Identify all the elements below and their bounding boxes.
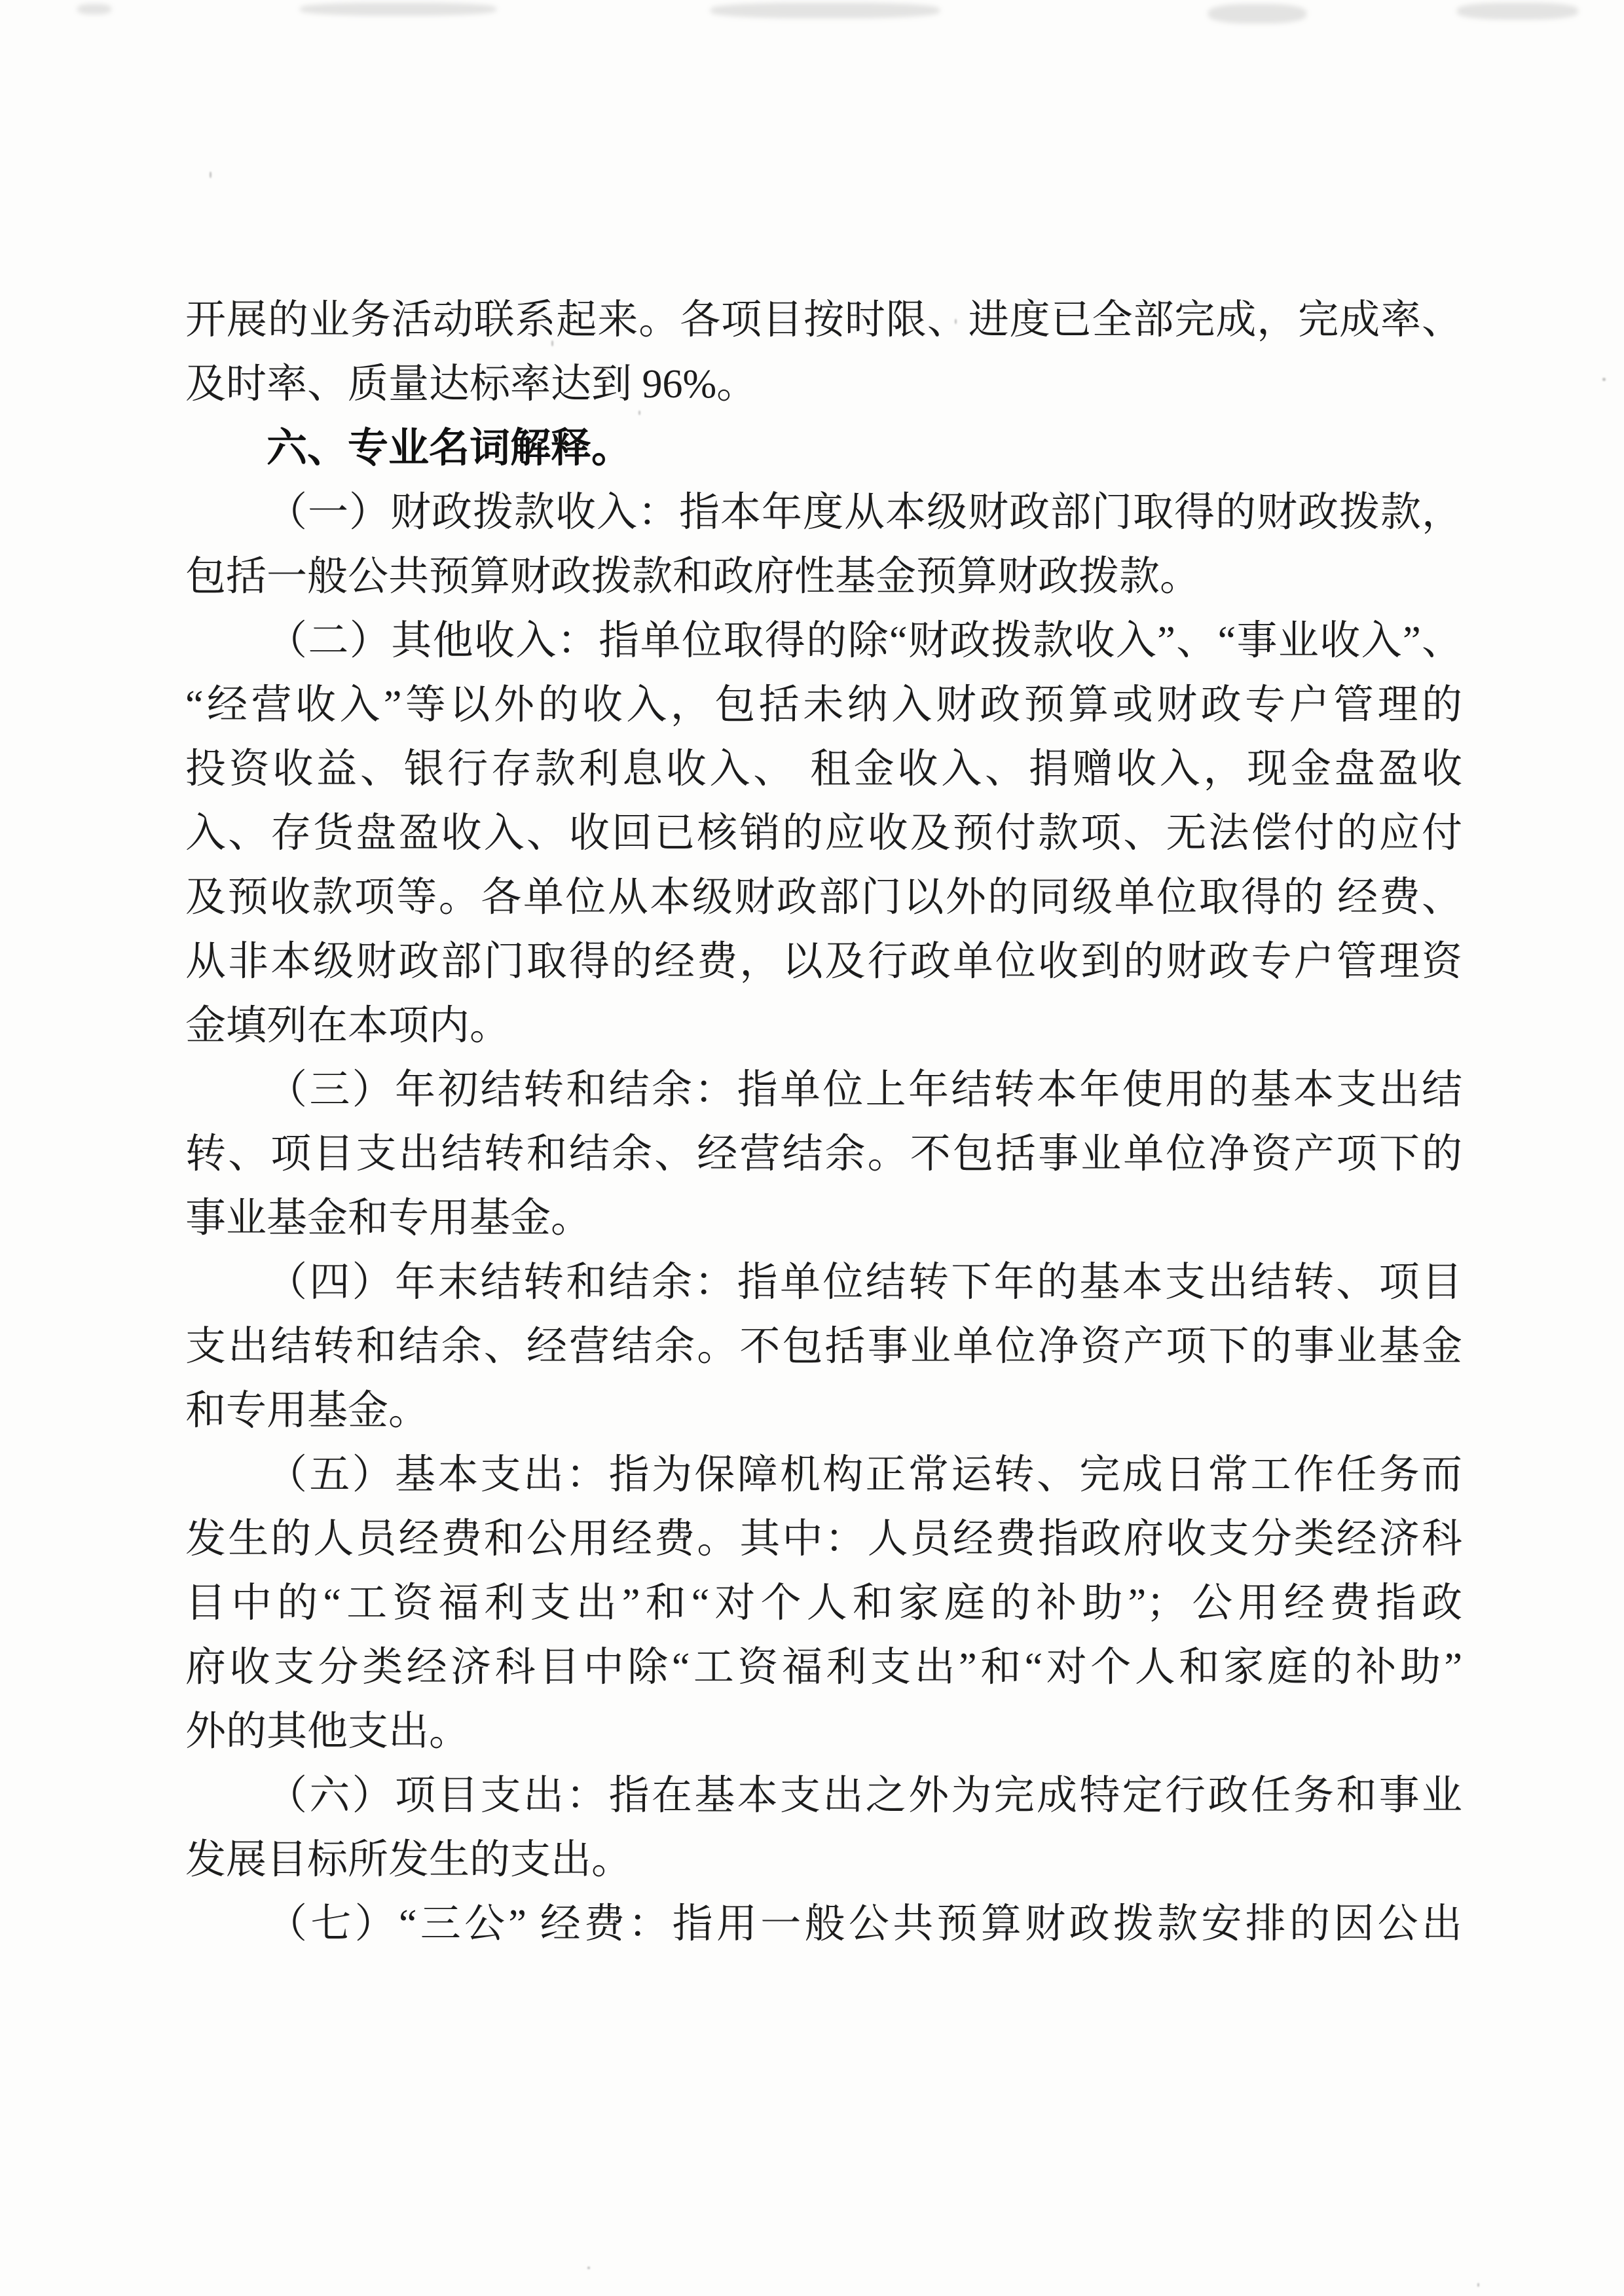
paragraph: （四）年末结转和结余：指单位结转下年的基本支出结转、项目支出结转和结余、经营结余… <box>185 1250 1462 1443</box>
text-line: 及预收款项等。各单位从本级财政部门以外的同级单位取得的 经费、 <box>185 866 1462 930</box>
paragraph: 六、专业名词解释。 <box>185 416 1462 481</box>
text-line: （五）基本支出：指为保障机构正常运转、完成日常工作任务而 <box>185 1443 1462 1507</box>
text-line: 发生的人员经费和公用经费。其中：人员经费指政府收支分类经济科 <box>185 1507 1462 1571</box>
text-line: 府收支分类经济科目中除“工资福利支出”和“对个人和家庭的补助” <box>185 1635 1462 1700</box>
text-line: 包括一般公共预算财政拨款和政府性基金预算财政拨款。 <box>185 545 1462 609</box>
text-line: （七）“三公” 经费：指用一般公共预算财政拨款安排的因公出 <box>185 1892 1462 1956</box>
text-line: （六）项目支出：指在基本支出之外为完成特定行政任务和事业 <box>185 1764 1462 1828</box>
text-line: （三）年初结转和结余：指单位上年结转本年使用的基本支出结 <box>185 1058 1462 1122</box>
scan-speck <box>1477 2283 1479 2287</box>
text-line: 投资收益、银行存款利息收入、 租金收入、捐赠收入，现金盘盈收 <box>185 737 1462 801</box>
text-line: 转、项目支出结转和结余、经营结余。不包括事业单位净资产项下的 <box>185 1122 1462 1186</box>
text-line: 开展的业务活动联系起来。各项目按时限、进度已全部完成，完成率、 <box>185 288 1462 352</box>
document-page: 开展的业务活动联系起来。各项目按时限、进度已全部完成，完成率、及时率、质量达标率… <box>0 0 1624 2296</box>
text-line: （四）年末结转和结余：指单位结转下年的基本支出结转、项目 <box>185 1250 1462 1315</box>
paragraph: （六）项目支出：指在基本支出之外为完成特定行政任务和事业发展目标所发生的支出。 <box>185 1764 1462 1892</box>
paragraph: （五）基本支出：指为保障机构正常运转、完成日常工作任务而发生的人员经费和公用经费… <box>185 1443 1462 1764</box>
text-line: 和专用基金。 <box>185 1379 1462 1443</box>
text-line: （一）财政拨款收入：指本年度从本级财政部门取得的财政拨款， <box>185 481 1462 545</box>
paragraph: （一）财政拨款收入：指本年度从本级财政部门取得的财政拨款，包括一般公共预算财政拨… <box>185 481 1462 609</box>
text-line: 目中的“工资福利支出”和“对个人和家庭的补助”；公用经费指政 <box>185 1571 1462 1635</box>
text-line: 及时率、质量达标率达到 96%。 <box>185 352 1462 416</box>
scan-speck <box>587 2267 590 2269</box>
scan-smudge <box>710 3 940 18</box>
scan-smudge <box>1208 4 1306 24</box>
text-line: （二）其他收入：指单位取得的除“财政拨款收入”、“事业收入”、 <box>185 609 1462 673</box>
text-line: 金填列在本项内。 <box>185 994 1462 1058</box>
text-line: 事业基金和专用基金。 <box>185 1186 1462 1250</box>
scan-speck <box>1602 378 1606 381</box>
paragraph: （二）其他收入：指单位取得的除“财政拨款收入”、“事业收入”、“经营收入”等以外… <box>185 609 1462 1058</box>
scan-smudge <box>77 4 111 14</box>
text-line: 支出结转和结余、经营结余。不包括事业单位净资产项下的事业基金 <box>185 1315 1462 1379</box>
paragraph: （三）年初结转和结余：指单位上年结转本年使用的基本支出结转、项目支出结转和结余、… <box>185 1058 1462 1250</box>
paragraph: 开展的业务活动联系起来。各项目按时限、进度已全部完成，完成率、及时率、质量达标率… <box>185 288 1462 416</box>
text-line: 从非本级财政部门取得的经费，以及行政单位收到的财政专户管理资 <box>185 930 1462 994</box>
scan-smudge <box>1457 3 1578 20</box>
text-line: “经营收入”等以外的收入，包括未纳入财政预算或财政专户管理的 <box>185 673 1462 737</box>
document-content: 开展的业务活动联系起来。各项目按时限、进度已全部完成，完成率、及时率、质量达标率… <box>185 288 1462 1956</box>
scan-smudge <box>300 3 496 16</box>
text-line: 发展目标所发生的支出。 <box>185 1828 1462 1892</box>
paragraph: （七）“三公” 经费：指用一般公共预算财政拨款安排的因公出 <box>185 1892 1462 1956</box>
text-line: 入、存货盘盈收入、收回已核销的应收及预付款项、无法偿付的应付 <box>185 801 1462 866</box>
section-heading-line: 六、专业名词解释。 <box>185 416 1462 481</box>
scan-speck <box>210 172 212 178</box>
text-line: 外的其他支出。 <box>185 1700 1462 1764</box>
